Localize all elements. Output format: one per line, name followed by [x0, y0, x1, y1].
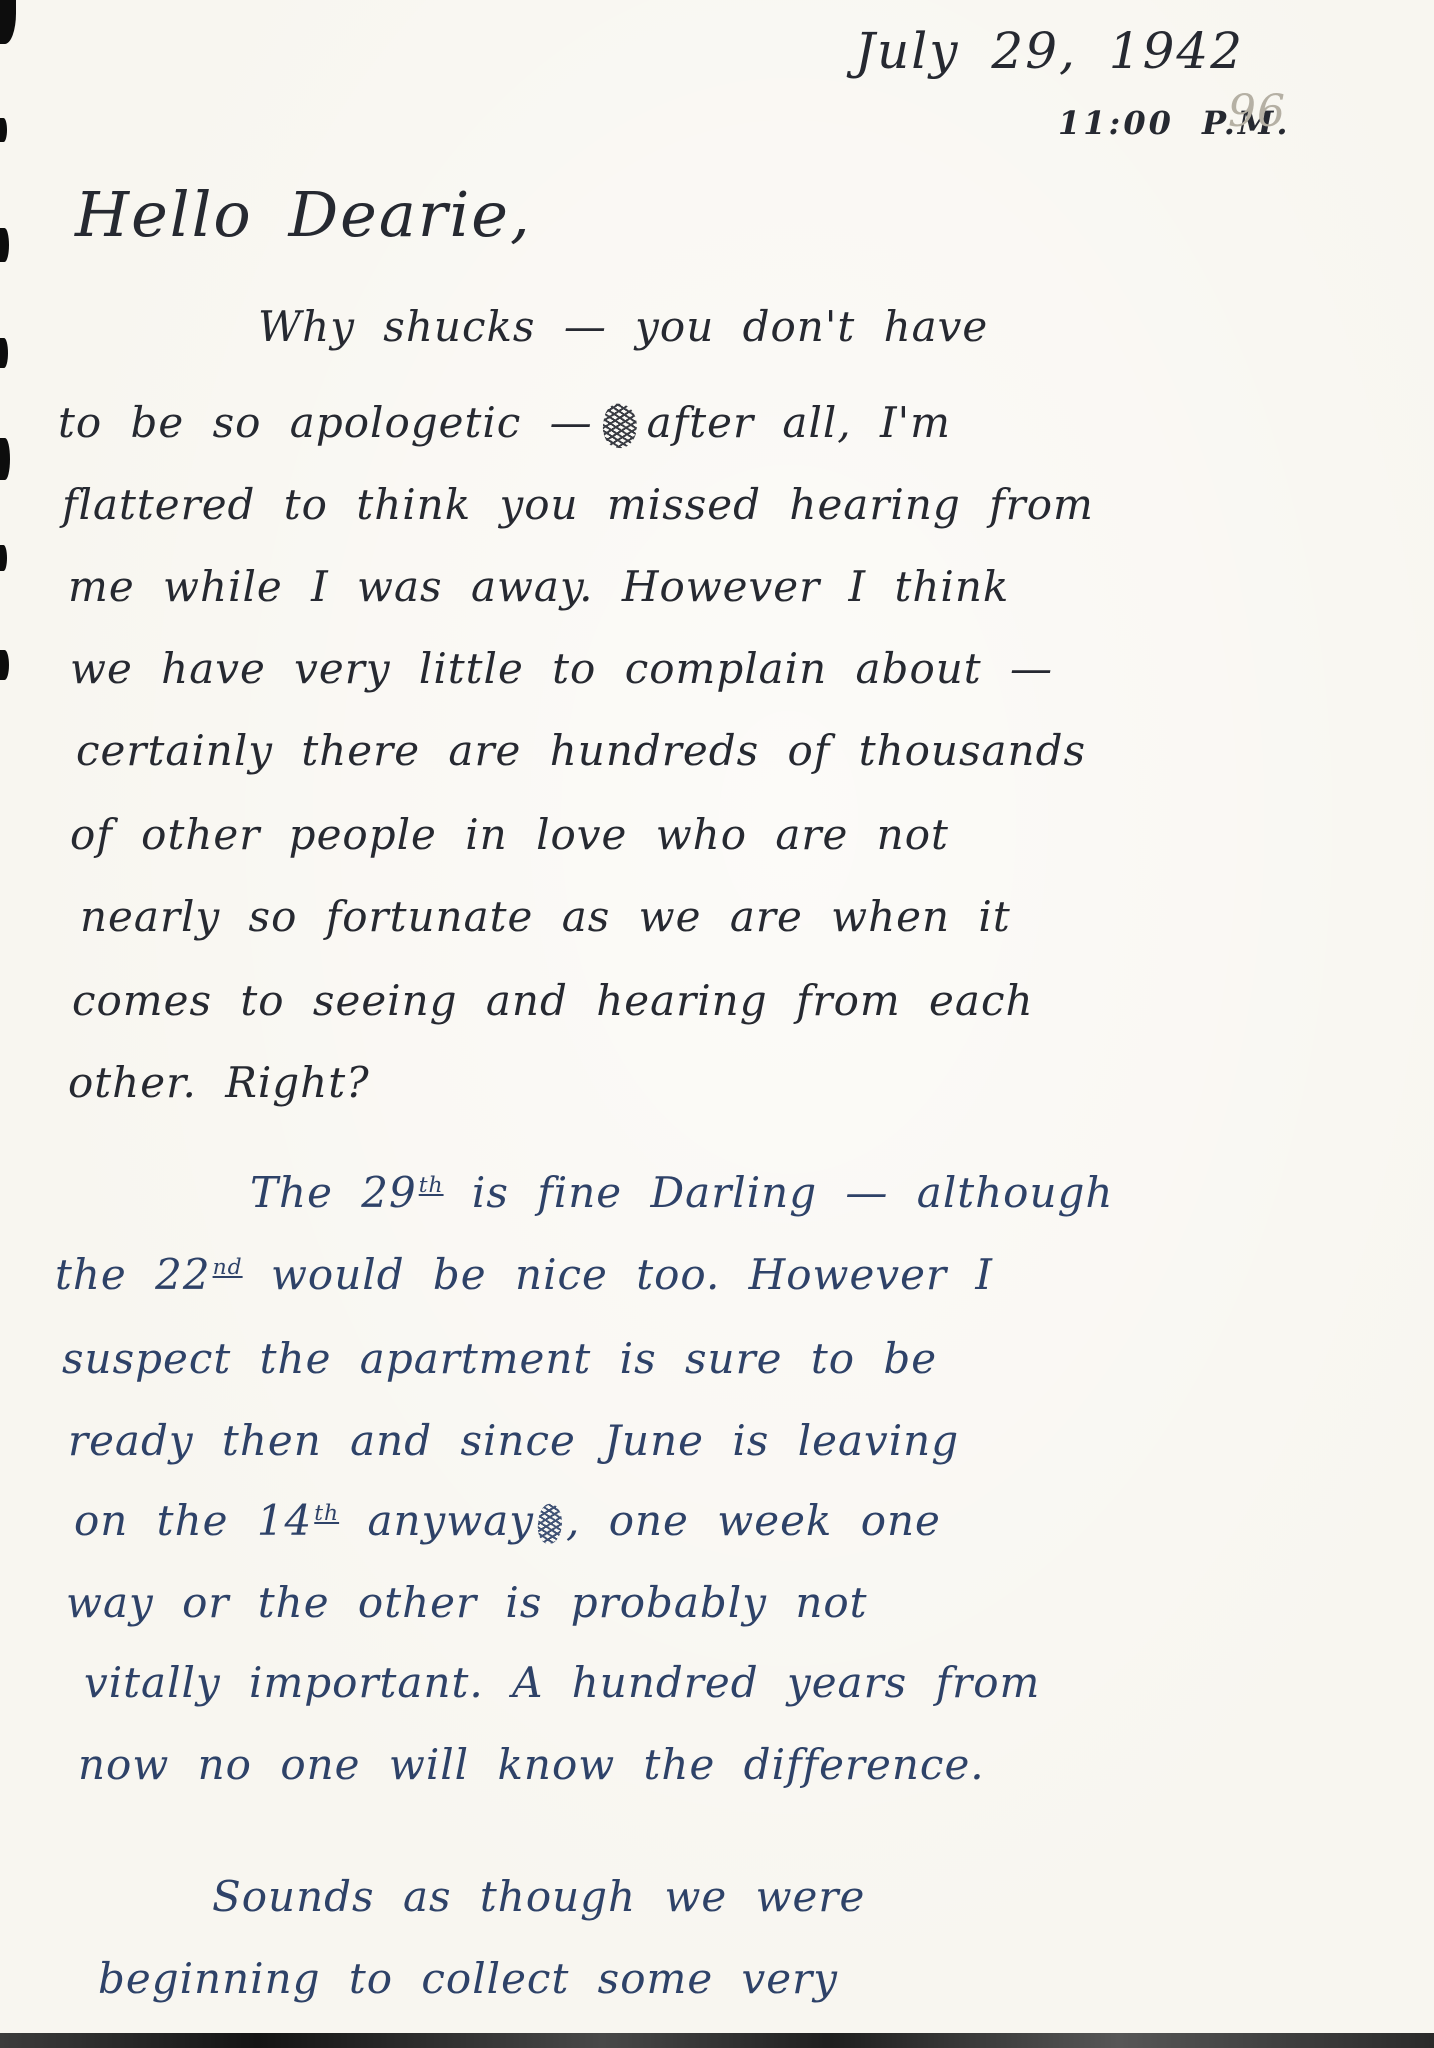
letter-page: July 29, 1942 11:00 P.M. 96 Hello Dearie… [0, 0, 1434, 2048]
handwritten-line: comes to seeing and hearing from each [72, 976, 1034, 1025]
ordinal-superscript: th [314, 1501, 339, 1526]
handwritten-line: ready then and since June is leaving [68, 1416, 959, 1465]
scan-bottom-strip [0, 2033, 1434, 2048]
handwritten-line: other. Right? [68, 1058, 370, 1107]
handwritten-line: the 22nd would be nice too. However I [55, 1250, 993, 1299]
handwritten-line: now no one will know the difference. [78, 1740, 985, 1789]
handwritten-line: flattered to think you missed hearing fr… [62, 480, 1094, 529]
handwritten-line: The 29th is fine Darling — although [250, 1168, 1113, 1217]
handwritten-line: to be so apologetic —after all, I'm [58, 398, 951, 448]
scribbled-out-word [535, 1503, 564, 1546]
handwritten-line: on the 14th anyway, one week one [74, 1496, 941, 1545]
handwritten-line: suspect the apartment is sure to be [62, 1334, 937, 1383]
ordinal-superscript: nd [213, 1255, 243, 1280]
handwritten-line: we have very little to complain about — [70, 644, 1053, 693]
letter-date: July 29, 1942 [855, 22, 1244, 80]
handwritten-line: way or the other is probably not [66, 1578, 868, 1627]
handwritten-line: beginning to collect some very [98, 1954, 838, 2003]
scribbled-out-word [600, 402, 640, 450]
handwritten-line: of other people in love who are not [70, 810, 949, 859]
scan-edge-artifact [0, 0, 16, 44]
ordinal-superscript: th [419, 1173, 444, 1198]
scan-edge-artifact [0, 650, 9, 680]
date-line: July 29, 1942 [855, 22, 1244, 80]
handwritten-line: certainly there are hundreds of thousand… [76, 726, 1086, 775]
handwritten-line: Sounds as though we were [212, 1872, 865, 1921]
scan-edge-artifact [0, 118, 7, 142]
greeting-line: Hello Dearie, [75, 178, 532, 251]
scan-edge-artifact [0, 228, 9, 262]
handwritten-line: me while I was away. However I think [68, 562, 1009, 611]
scan-edge-artifact [0, 438, 10, 480]
pencil-page-number: 96 [1228, 86, 1286, 137]
handwritten-line: Why shucks — you don't have [258, 302, 988, 351]
scan-edge-artifact [0, 338, 8, 368]
handwritten-line: nearly so fortunate as we are when it [80, 892, 1011, 941]
scan-edge-artifact [0, 545, 7, 571]
handwritten-line: vitally important. A hundred years from [84, 1658, 1040, 1707]
